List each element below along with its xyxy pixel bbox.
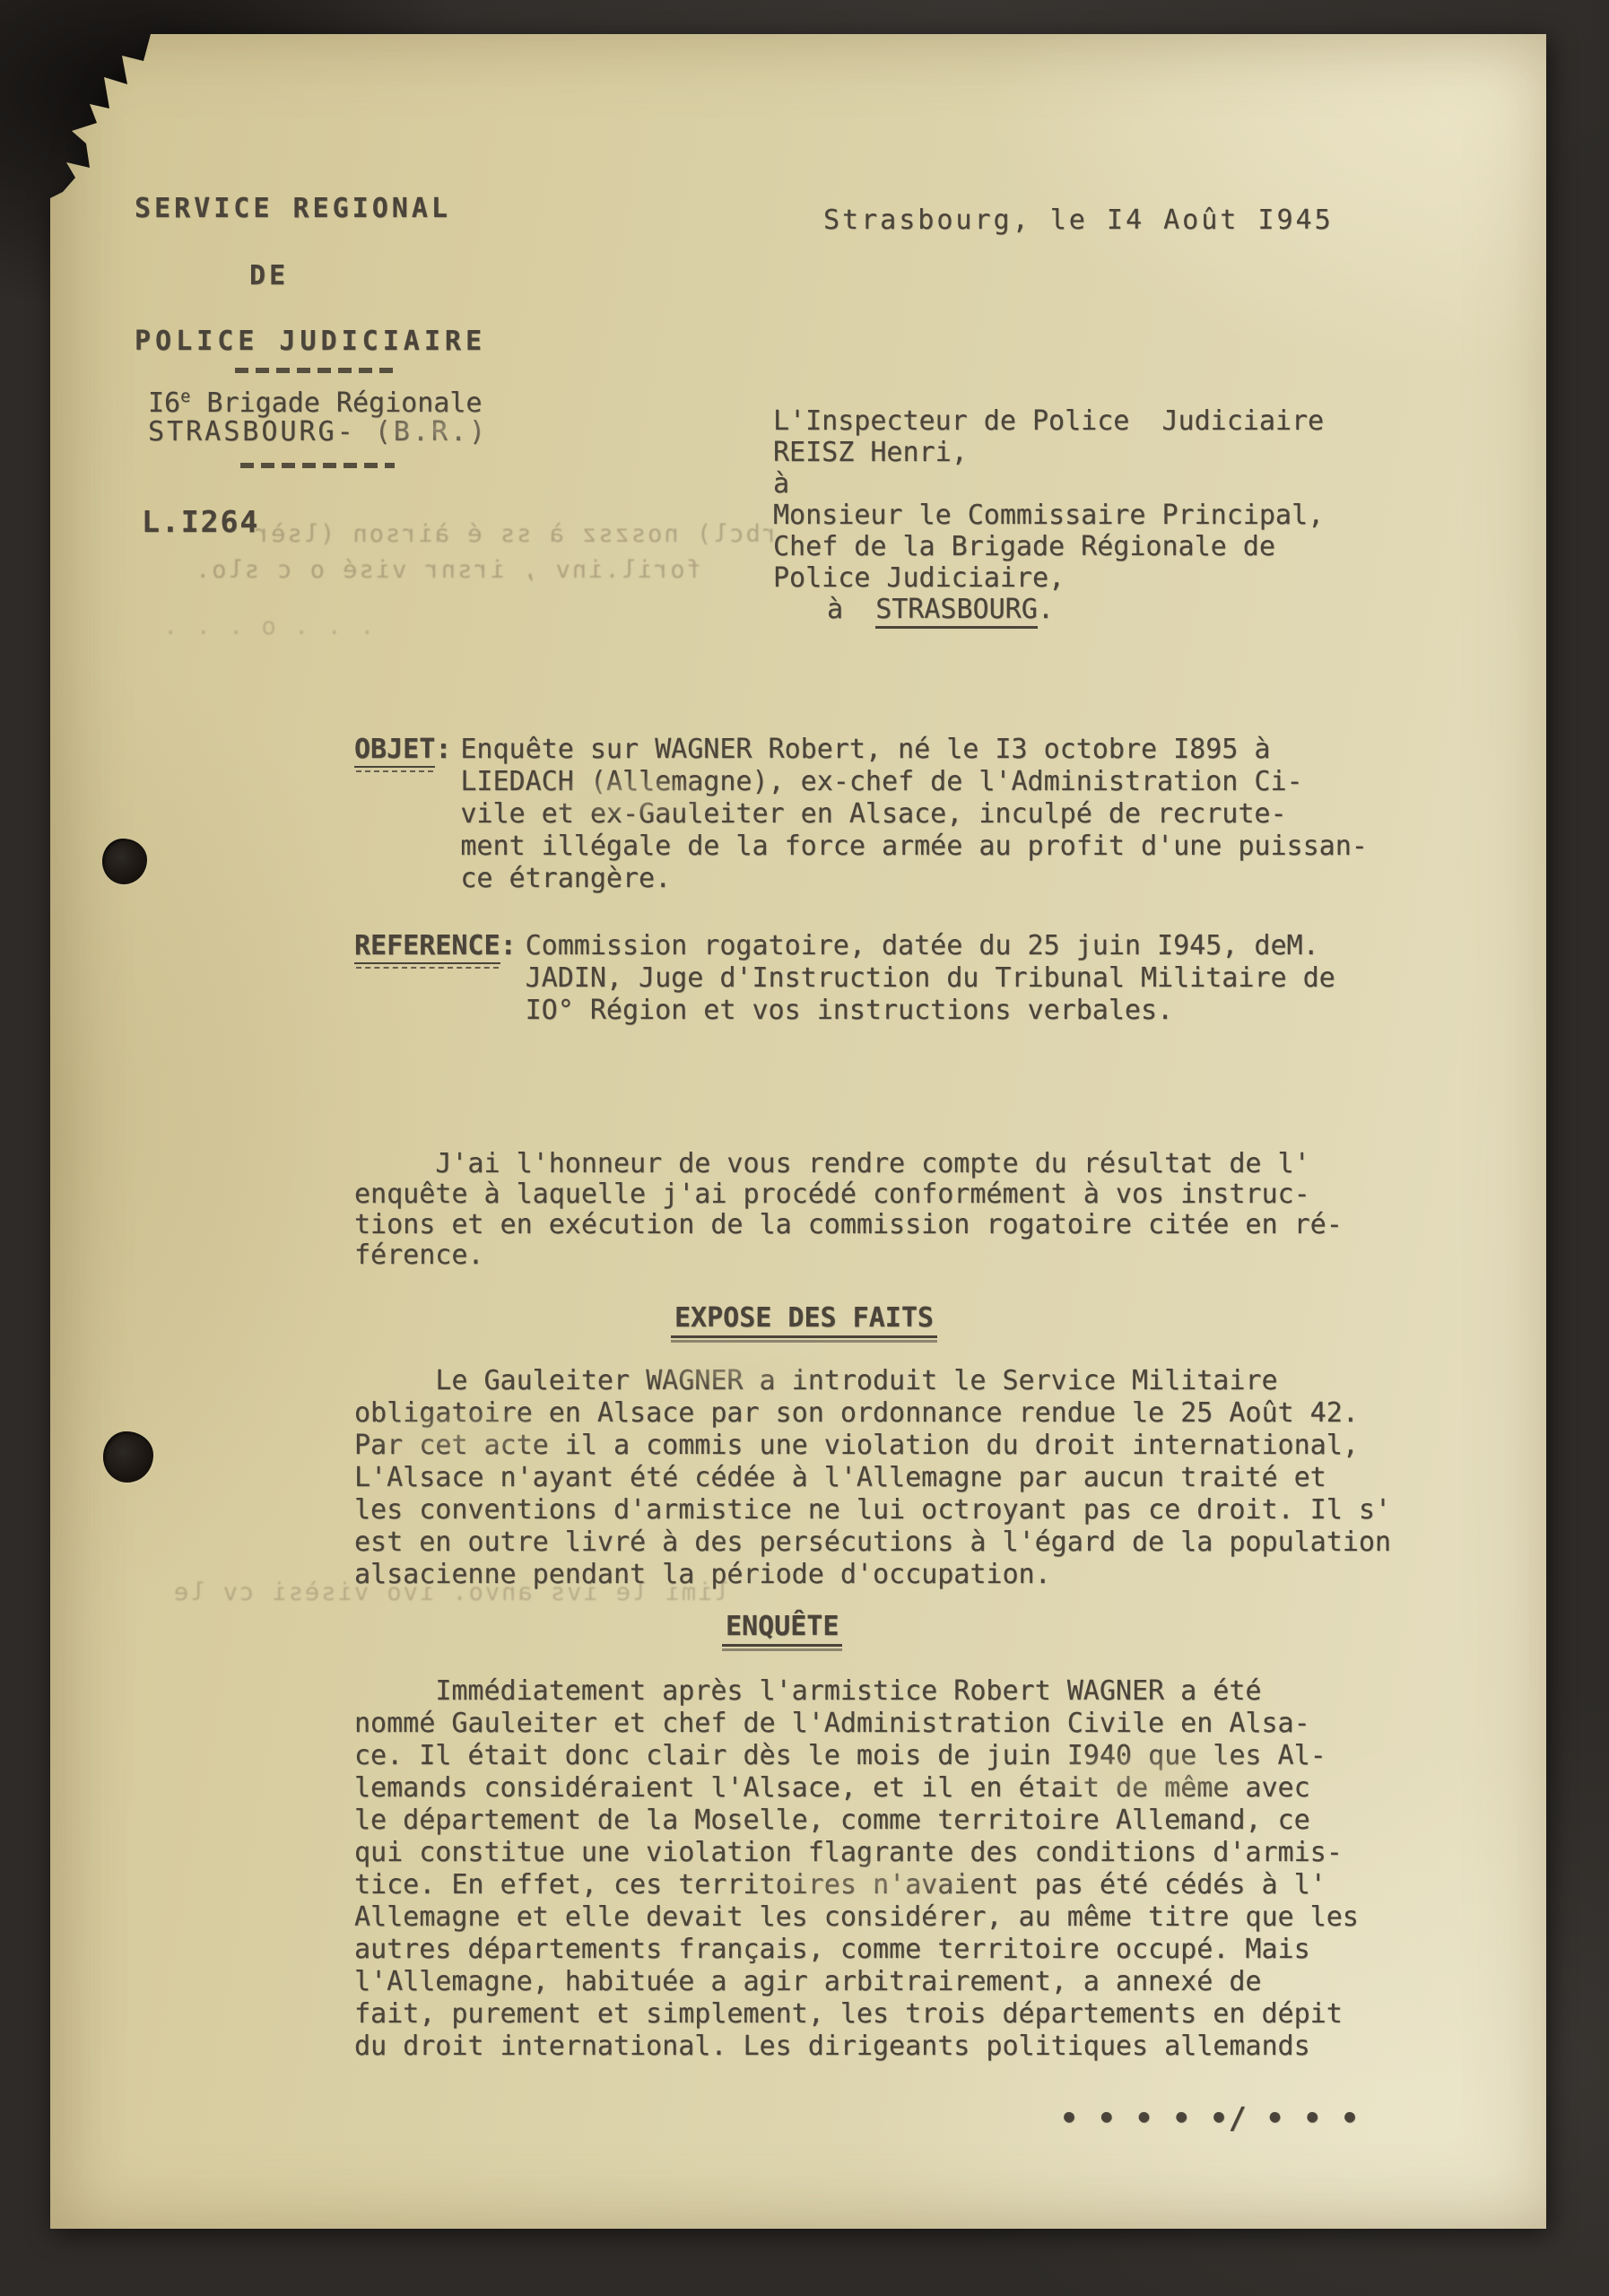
bleedthrough-text-1: rbcl) noszsz à ss é àirson (lsèr [253, 520, 777, 548]
dashed-rule-bottom [240, 463, 395, 468]
reference-label: REFERENCE: [354, 930, 517, 964]
recipient-block: L'Inspecteur de Police Judiciaire REISZ … [773, 405, 1324, 594]
reference-label-text: REFERENCE [354, 930, 500, 964]
brigade-ordinal-suffix: e [180, 387, 190, 406]
punch-hole-top [102, 839, 147, 884]
expose-heading-text: EXPOSE DES FAITS [671, 1302, 937, 1338]
objet-label-text: OBJET [354, 734, 435, 768]
enquete-paragraph: Immédiatement après l'armistice Robert W… [354, 1675, 1359, 2063]
recipient-city-line: à STRASBOURG. [827, 594, 1054, 625]
objet-colon: : [435, 734, 451, 765]
bleedthrough-text-2: foril.inv , irsnr visé o c slo. [194, 556, 701, 584]
objet-text: Enquête sur WAGNER Robert, né le I3 octo… [460, 734, 1367, 895]
dashed-rule-top [235, 368, 399, 373]
bleedthrough-text-3: limi le ivs anvo. ivo visèsi cv le [172, 1578, 729, 1606]
punch-hole-bottom [103, 1431, 153, 1483]
paper-sheet: SERVICE REGIONAL DE POLICE JUDICIAIRE I6… [50, 34, 1546, 2229]
dateline: Strasbourg, le I4 Août I945 [823, 204, 1334, 236]
letterhead-service-line2: DE [249, 260, 289, 291]
reference-block: REFERENCE: Commission rogatoire, datée d… [354, 930, 1335, 1027]
bleedthrough-dots: . . . o . . . [161, 613, 374, 640]
file-number: L.I264 [142, 504, 259, 539]
section-heading-enquete: ENQUÊTE [722, 1611, 842, 1647]
letterhead-brigade: I6e Brigade Régionale [148, 387, 482, 419]
letterhead-city: STRASBOURG- (B.R.) [148, 416, 488, 448]
reference-colon: : [500, 930, 517, 961]
reference-text: Commission rogatoire, datée du 25 juin I… [526, 930, 1335, 1027]
closing-period: . [1038, 594, 1054, 625]
expose-paragraph: Le Gauleiter WAGNER a introduit le Servi… [354, 1365, 1391, 1591]
document-page: SERVICE REGIONAL DE POLICE JUDICIAIRE I6… [50, 34, 1546, 2229]
brigade-name: Brigade Régionale [190, 387, 482, 419]
objet-block: OBJET: Enquête sur WAGNER Robert, né le … [354, 734, 1368, 895]
letterhead-service-line3: POLICE JUDICIAIRE [135, 326, 486, 357]
objet-label: OBJET: [354, 734, 451, 768]
brigade-number: I6 [148, 387, 180, 419]
intro-paragraph: J'ai l'honneur de vous rendre compte du … [354, 1149, 1343, 1271]
closing-prefix: à [827, 594, 875, 625]
letterhead-service-line1: SERVICE REGIONAL [135, 193, 451, 224]
closing-city-underlined: STRASBOURG [875, 594, 1038, 629]
continuation-marker: • • • • •/ • • • [1060, 2100, 1360, 2135]
section-heading-expose: EXPOSE DES FAITS [671, 1302, 937, 1338]
enquete-heading-text: ENQUÊTE [722, 1611, 842, 1647]
